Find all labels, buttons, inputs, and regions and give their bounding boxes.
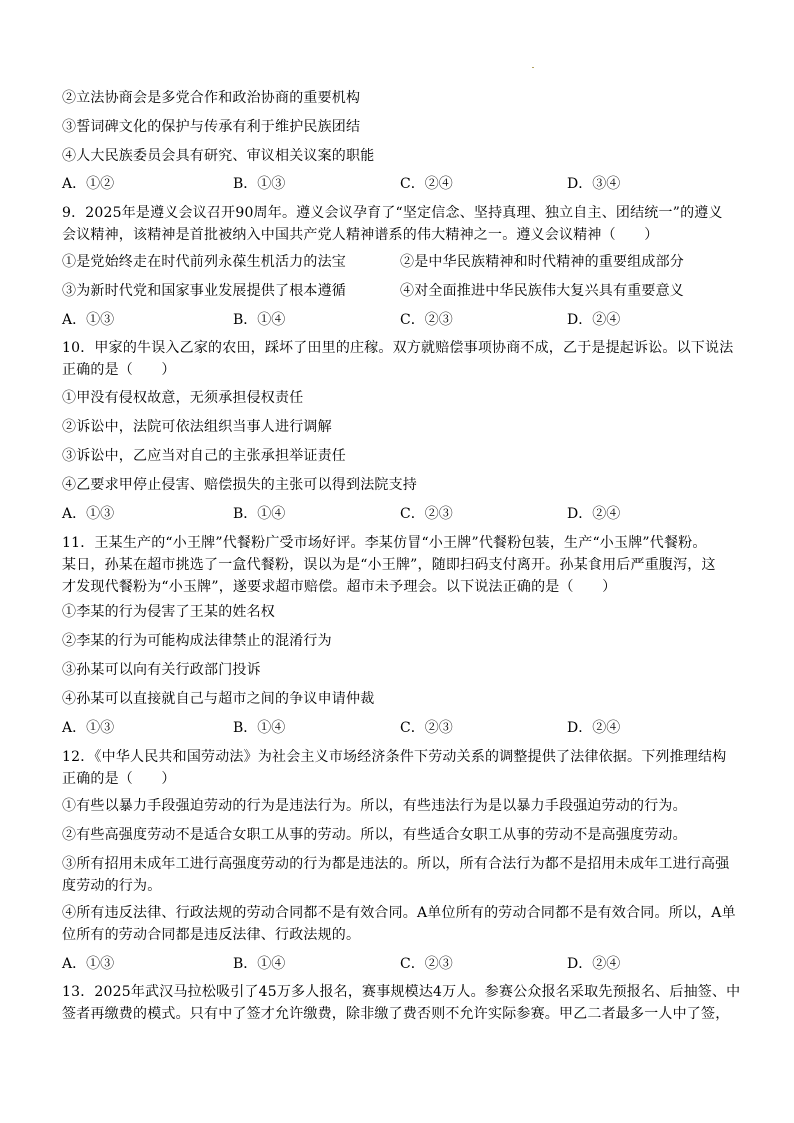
q8-options: A．①② B．①③ C．②④ D．③④ (62, 173, 738, 195)
q8-option-a: A．①② (62, 173, 114, 195)
q12-item-4-line-1: ④所有违反法律、行政法规的劳动合同都不是有效合同。A单位所有的劳动合同都不是有效… (62, 902, 738, 924)
q13-stem-line-1: 13．2025年武汉马拉松吸引了45万多人报名，赛事规模达4万人。参赛公众报名采… (62, 981, 738, 1003)
q8-option-c: C．②④ (400, 173, 453, 195)
q11-stem-line-2: 某日，孙某在超市挑选了一盒代餐粉，误以为是“小王牌”，随即扫码支付离开。孙某食用… (62, 554, 738, 576)
q9-option-c: C．②③ (400, 309, 453, 331)
q11-option-c: C．②③ (400, 717, 453, 739)
q12-stem-line-2: 正确的是（ ） (62, 768, 738, 790)
q9-stem-line-1: 9．2025年是遵义会议召开90周年。遵义会议孕育了“坚定信念、坚持真理、独立自… (62, 202, 738, 224)
q8-item-3: ③誓词碑文化的保护与传承有利于维护民族团结 (62, 116, 738, 138)
q9-stem-line-2: 会议精神，该精神是首批被纳入中国共产党人精神谱系的伟大精神之一。遵义会议精神（ … (62, 224, 738, 246)
q12-option-b: B．①④ (233, 953, 285, 975)
q10-item-2: ②诉讼中，法院可依法组织当事人进行调解 (62, 416, 738, 438)
q8-item-2: ②立法协商会是多党合作和政治协商的重要机构 (62, 87, 738, 109)
q12-item-4-line-2: 位所有的劳动合同都是违反法律、行政法规的。 (62, 924, 738, 946)
q9-item-2: ②是中华民族精神和时代精神的重要组成部分 (400, 251, 730, 273)
q11-item-3: ③孙某可以向有关行政部门投诉 (62, 659, 738, 681)
q8-item-4: ④人大民族委员会具有研究、审议相关议案的职能 (62, 145, 738, 167)
q9-option-b: B．①④ (233, 309, 285, 331)
q10-option-a: A．①③ (62, 503, 114, 525)
q11-stem-line-3: 才发现代餐粉为“小玉牌”，遂要求超市赔偿。超市未予理会。以下说法正确的是（ ） (62, 576, 738, 598)
q13-stem-line-2: 签者再缴费的模式。只有中了签才允许缴费，除非缴了费否则不允许实际参赛。甲乙二者最… (62, 1003, 738, 1025)
q9-item-3: ③为新时代党和国家事业发展提供了根本遵循 (62, 280, 392, 302)
q12-item-2: ②有些高强度劳动不是适合女职工从事的劳动。所以，有些适合女职工从事的劳动不是高强… (62, 824, 738, 846)
q10-stem-line-1: 10．甲家的牛误入乙家的农田，踩坏了田里的庄稼。双方就赔偿事项协商不成，乙于是提… (62, 337, 738, 359)
q9-option-a: A．①③ (62, 309, 114, 331)
q9-option-d: D．②④ (567, 309, 620, 331)
q10-option-d: D．②④ (567, 503, 620, 525)
q12-stem-line-1: 12．《中华人民共和国劳动法》为社会主义市场经济条件下劳动关系的调整提供了法律依… (62, 746, 738, 768)
q12-item-3-line-2: 度劳动的行为。 (62, 875, 738, 897)
q11-option-a: A．①③ (62, 717, 114, 739)
q9-options: A．①③ B．①④ C．②③ D．②④ (62, 309, 738, 331)
q12-option-d: D．②④ (567, 953, 620, 975)
q10-stem-line-2: 正确的是（ ） (62, 359, 738, 381)
q12-item-3-line-1: ③所有招用未成年工进行高强度劳动的行为都是违法的。所以，所有合法行为都不是招用未… (62, 853, 738, 875)
exam-page: ②立法协商会是多党合作和政治协商的重要机构 ③誓词碑文化的保护与传承有利于维护民… (0, 0, 794, 1123)
q9-item-1: ①是党始终走在时代前列永葆生机活力的法宝 (62, 251, 392, 273)
q8-option-d: D．③④ (567, 173, 620, 195)
q11-option-d: D．②④ (567, 717, 620, 739)
q12-option-a: A．①③ (62, 953, 114, 975)
q11-item-4: ④孙某可以直接就自己与超市之间的争议申请仲裁 (62, 688, 738, 710)
q10-option-b: B．①④ (233, 503, 285, 525)
scan-mark (532, 67, 534, 68)
q12-options: A．①③ B．①④ C．②③ D．②④ (62, 953, 738, 975)
q10-item-1: ①甲没有侵权故意，无须承担侵权责任 (62, 387, 738, 409)
q10-item-4: ④乙要求甲停止侵害、赔偿损失的主张可以得到法院支持 (62, 474, 738, 496)
q10-item-3: ③诉讼中，乙应当对自己的主张承担举证责任 (62, 445, 738, 467)
q11-item-1: ①李某的行为侵害了王某的姓名权 (62, 601, 738, 623)
q9-item-4: ④对全面推进中华民族伟大复兴具有重要意义 (400, 280, 730, 302)
q10-option-c: C．②③ (400, 503, 453, 525)
q12-option-c: C．②③ (400, 953, 453, 975)
q11-item-2: ②李某的行为可能构成法律禁止的混淆行为 (62, 630, 738, 652)
q11-stem-line-1: 11．王某生产的“小王牌”代餐粉广受市场好评。李某仿冒“小王牌”代餐粉包装，生产… (62, 532, 738, 554)
q11-options: A．①③ B．①④ C．②③ D．②④ (62, 717, 738, 739)
q8-option-b: B．①③ (233, 173, 285, 195)
q10-options: A．①③ B．①④ C．②③ D．②④ (62, 503, 738, 525)
q11-option-b: B．①④ (233, 717, 285, 739)
q12-item-1: ①有些以暴力手段强迫劳动的行为是违法行为。所以，有些违法行为是以暴力手段强迫劳动… (62, 795, 738, 817)
